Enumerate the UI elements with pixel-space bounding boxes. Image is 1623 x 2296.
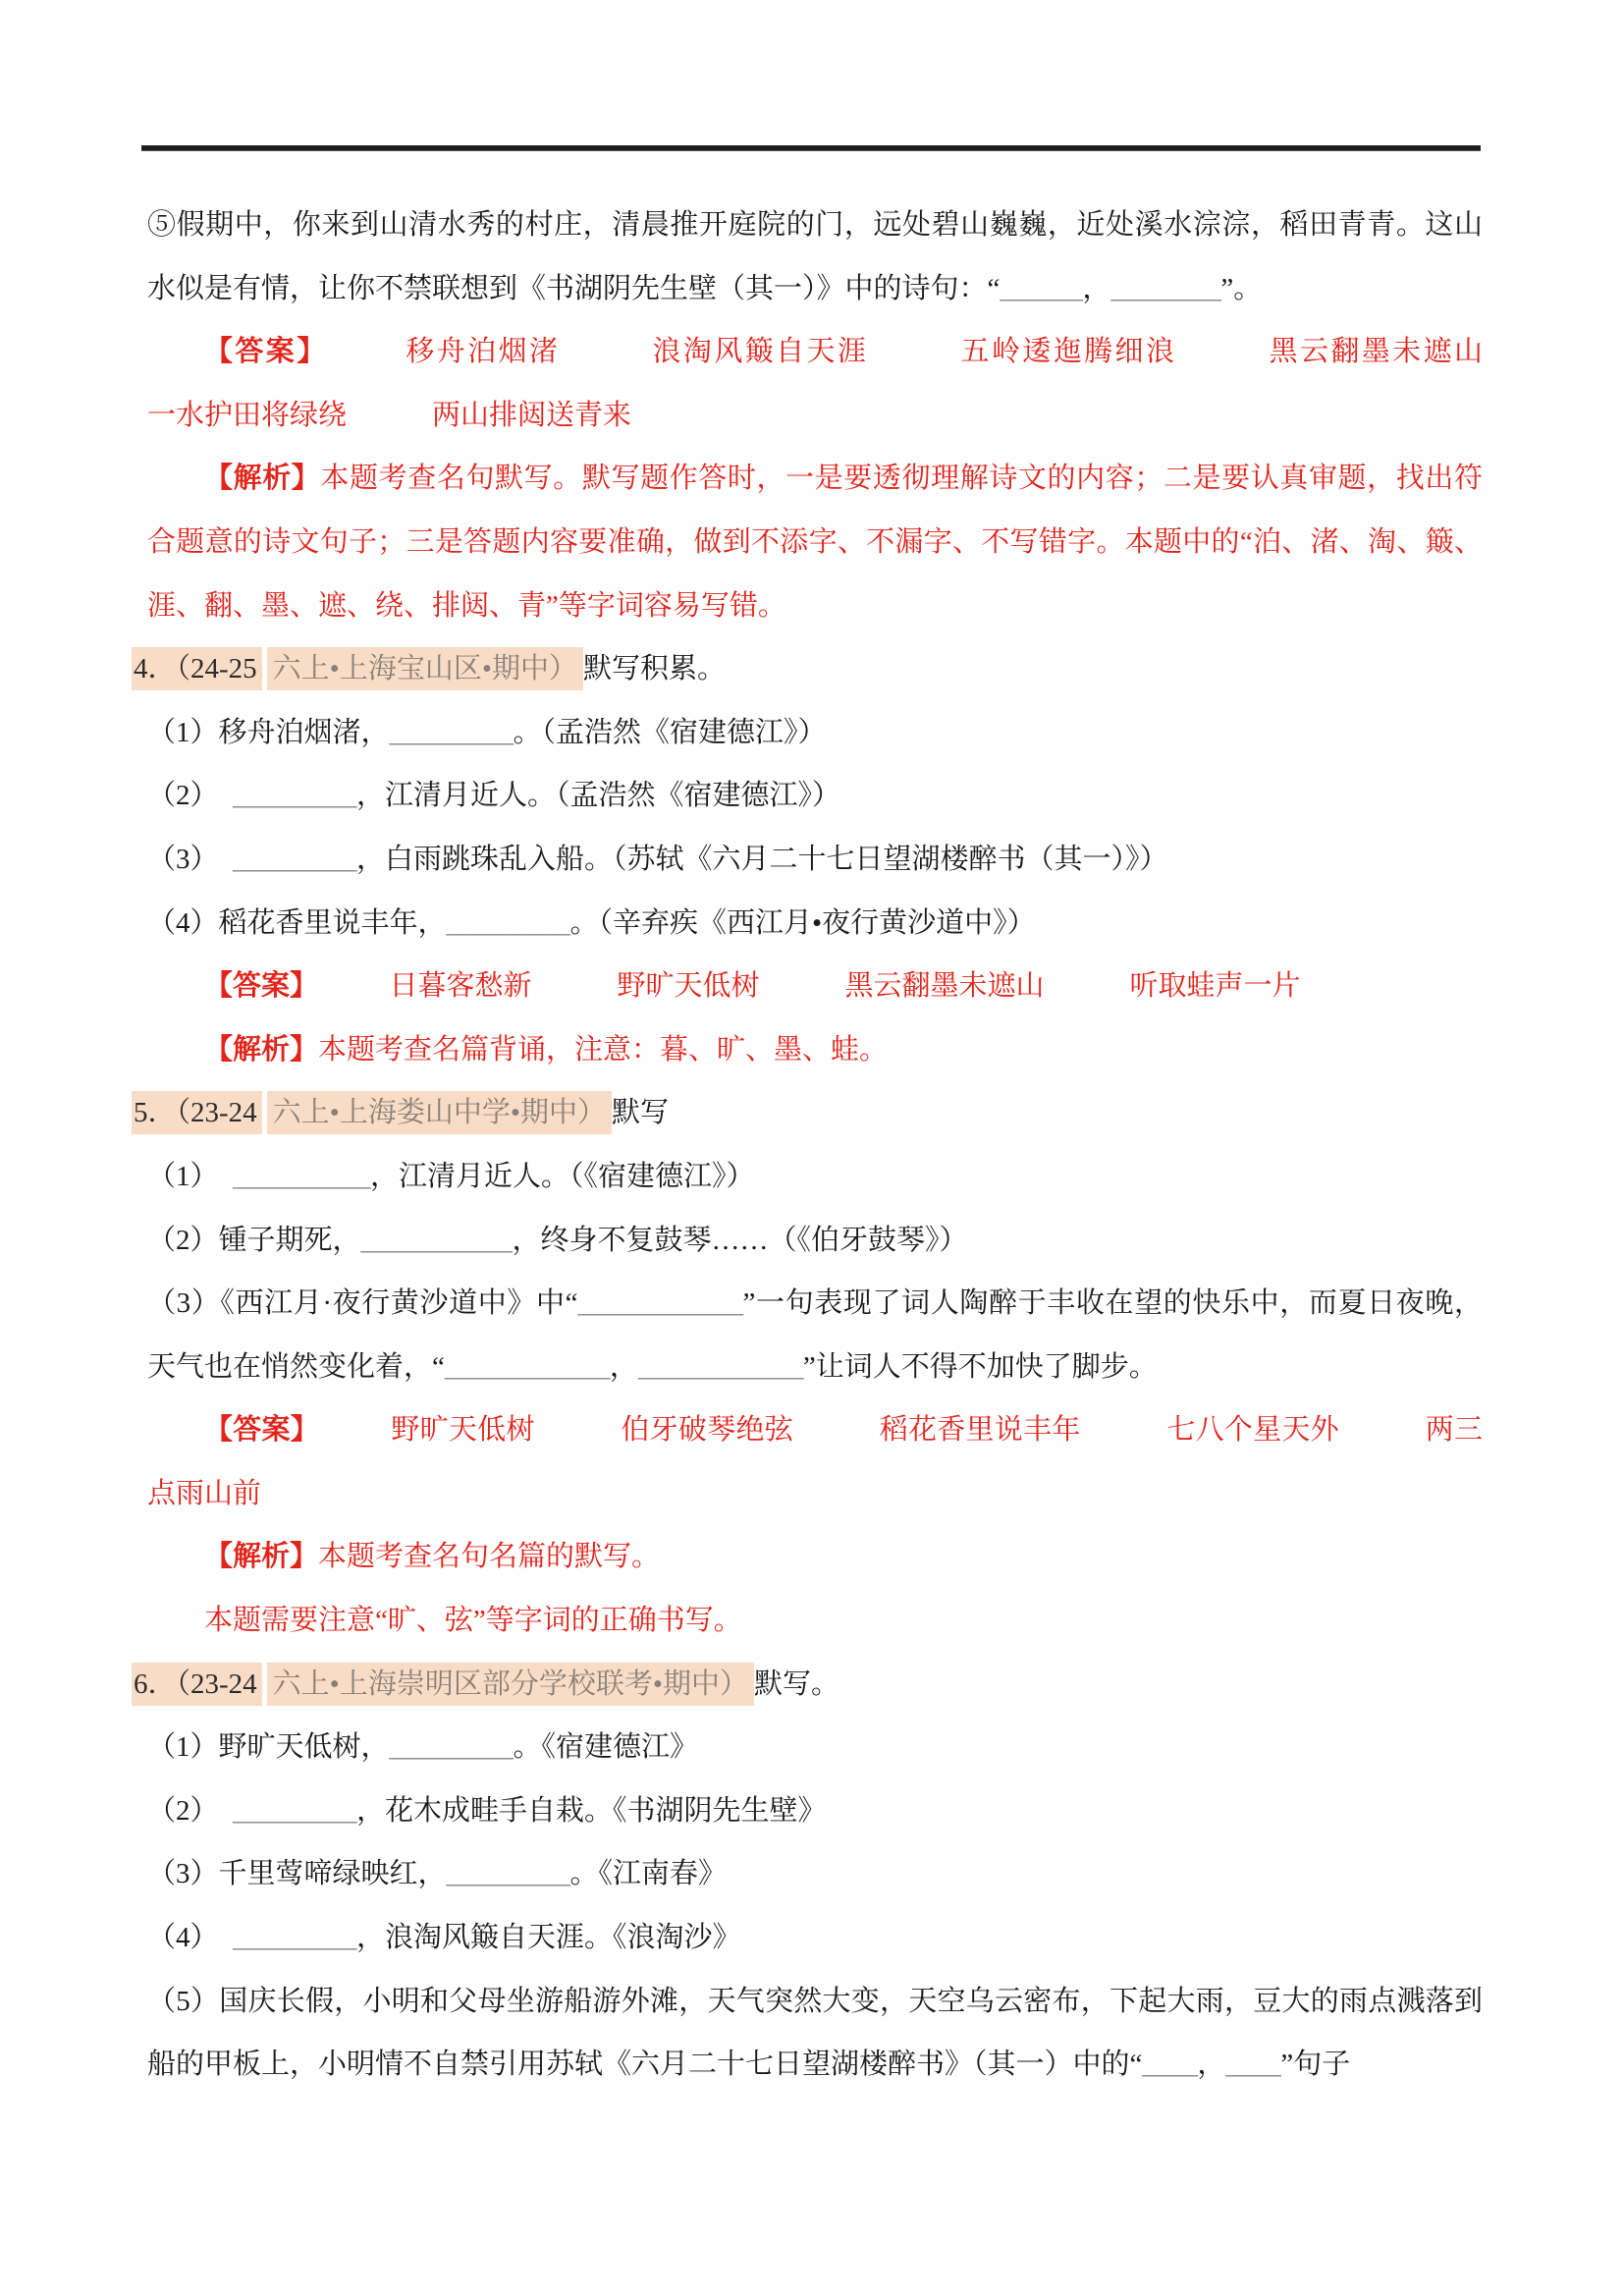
question-5-item-1: （1） __________，江清月近人。（《宿建德江》） (147, 1145, 1483, 1209)
answer-label: 【答案】 (204, 970, 304, 1002)
fill-blank-line: _________ (390, 717, 514, 748)
fill-blank-line: ________ (1110, 273, 1220, 304)
document-page: ⑤假期中，你来到山清水秀的村庄，清晨推开庭院的门，远处碧山巍巍，近处溪水淙淙，稻… (0, 0, 1623, 2296)
text-segment-black: （3）《西江月·夜行黄沙道中》中“____________”一句表现了词人陶醉于… (147, 1287, 1483, 1383)
fill-blank-line: ____________ (578, 1287, 743, 1319)
fill-blank-line: _________ (233, 780, 356, 811)
question-5-item-2: （2）锺子期死，___________，终身不复鼓琴……（《伯牙鼓琴》） (147, 1209, 1483, 1273)
text-segment-red: 日暮客愁新 野旷天低树 黑云翻墨未遮山 听取蛙声一片 (304, 970, 1301, 1002)
fill-blank-line: _________ (233, 1795, 356, 1827)
question-3-analysis: 【解析】本题考查名句默写。默写题作答时，一是要透彻理解诗文的内容；二是要认真审题… (147, 447, 1483, 637)
document-content: ⑤假期中，你来到山清水秀的村庄，清晨推开庭院的门，远处碧山巍巍，近处溪水淙淙，稻… (147, 193, 1483, 2097)
analysis-label: 【解析】 (204, 1541, 318, 1572)
question-source-highlight: 六上•上海崇明区部分学校联考•期中） (267, 1663, 754, 1706)
text-segment-black: （1）移舟泊烟渚，_________。（孟浩然《宿建德江》） (147, 717, 827, 748)
question-4-item-2: （2） _________，江清月近人。（孟浩然《宿建德江》） (147, 764, 1483, 828)
text-segment-red: 本题考查名篇背诵，注意：暮、旷、墨、蛙。 (318, 1034, 888, 1066)
question-5-item-3: （3）《西江月·夜行黄沙道中》中“____________”一句表现了词人陶醉于… (147, 1272, 1483, 1398)
question-4-header: 4．（24-25六上•上海宝山区•期中）默写积累。 (132, 637, 1483, 701)
question-4-item-3: （3） _________，白雨跳珠乱入船。（苏轼《六月二十七日望湖楼醉书（其一… (147, 828, 1483, 892)
fill-blank-line: ____ (1142, 2049, 1197, 2080)
text-segment-red: 本题考查名句名篇的默写。 (318, 1541, 660, 1572)
question-5-answer: 【答案】 野旷天低树 伯牙破琴绝弦 稻花香里说丰年 七八个星天外 两三点雨山前 (147, 1398, 1483, 1525)
question-title: 默写积累。 (583, 653, 726, 684)
fill-blank-line: ______ (1000, 273, 1082, 304)
fill-blank-line: ___________ (361, 1225, 513, 1256)
text-segment-black: （1）野旷天低树，_________。《宿建德江》 (147, 1731, 698, 1763)
text-segment-red: 野旷天低树 伯牙破琴绝弦 稻花香里说丰年 七八个星天外 两三点雨山前 (147, 1414, 1483, 1509)
question-3-answer: 【答案】 移舟泊烟渚 浪淘风簸自天涯 五岭逶迤腾细浪 黑云翻墨未遮山 一水护田将… (147, 320, 1483, 447)
text-segment-black: （5）国庆长假，小明和父母坐游船游外滩，天气突然大变，天空乌云密布，下起大雨，豆… (147, 1986, 1483, 2081)
fill-blank-line: ____________ (638, 1351, 803, 1383)
text-segment-red: 移舟泊烟渚 浪淘风簸自天涯 五岭逶迤腾细浪 黑云翻墨未遮山 一水护田将绿绕 两山… (147, 336, 1568, 431)
text-segment-black: （2） _________，江清月近人。（孟浩然《宿建德江》） (147, 780, 840, 811)
question-6-item-5: （5）国庆长假，小明和父母坐游船游外滩，天气突然大变，天空乌云密布，下起大雨，豆… (147, 1970, 1483, 2097)
fill-blank-line: _________ (447, 907, 570, 939)
text-segment-black: （3） _________，白雨跳珠乱入船。（苏轼《六月二十七日望湖楼醉书（其一… (147, 844, 1168, 875)
question-6-item-1: （1）野旷天低树，_________。《宿建德江》 (147, 1716, 1483, 1779)
text-segment-black: （3）千里莺啼绿映红，_________。《江南春》 (147, 1858, 727, 1889)
text-segment-black: （2） _________，花木成畦手自栽。《书湖阴先生壁》 (147, 1795, 827, 1827)
question-title: 默写。 (754, 1668, 839, 1700)
text-segment-black: （1） __________，江清月近人。（《宿建德江》） (147, 1161, 755, 1192)
question-number-highlight: 6．（23-24 (132, 1663, 262, 1706)
question-4-analysis: 【解析】本题考查名篇背诵，注意：暮、旷、墨、蛙。 (147, 1018, 1483, 1082)
analysis-label: 【解析】 (204, 463, 320, 494)
question-number-highlight: 4．（24-25 (132, 647, 262, 690)
question-number-highlight: 5．（23-24 (132, 1091, 262, 1134)
question-5-analysis-note: 本题需要注意“旷、弦”等字词的正确书写。 (147, 1589, 1483, 1653)
fill-blank-line: ____________ (445, 1351, 610, 1383)
question-6-header: 6．（23-24六上•上海崇明区部分学校联考•期中）默写。 (132, 1653, 1483, 1717)
text-segment-black: （4）稻花香里说丰年，_________。（辛弃疾《西江月•夜行黄沙道中》） (147, 907, 1036, 939)
text-segment-black: ⑤假期中，你来到山清水秀的村庄，清晨推开庭院的门，远处碧山巍巍，近处溪水淙淙，稻… (147, 209, 1483, 304)
question-4-answer: 【答案】 日暮客愁新 野旷天低树 黑云翻墨未遮山 听取蛙声一片 (147, 955, 1483, 1018)
fill-blank-line: _________ (233, 844, 356, 875)
text-segment-red: 本题需要注意“旷、弦”等字词的正确书写。 (204, 1605, 742, 1636)
fill-blank-line: _________ (390, 1731, 514, 1763)
header-divider (141, 145, 1481, 151)
question-title: 默写 (612, 1097, 669, 1128)
text-segment-red: 本题考查名句默写。默写题作答时，一是要透彻理解诗文的内容；二是要认真审题，找出符… (147, 463, 1483, 621)
question-5-analysis: 【解析】本题考查名句名篇的默写。 (147, 1525, 1483, 1589)
question-source-highlight: 六上•上海宝山区•期中） (267, 647, 583, 690)
question-4-item-1: （1）移舟泊烟渚，_________。（孟浩然《宿建德江》） (147, 701, 1483, 765)
answer-label: 【答案】 (204, 336, 313, 367)
question-5-header: 5．（23-24六上•上海娄山中学•期中）默写 (132, 1081, 1483, 1145)
analysis-label: 【解析】 (204, 1034, 318, 1066)
text-segment-black: （4） _________，浪淘风簸自天涯。《浪淘沙》 (147, 1922, 741, 1953)
answer-label: 【答案】 (204, 1414, 305, 1446)
fill-blank-line: _________ (233, 1922, 356, 1953)
text-segment-black: （2）锺子期死，___________，终身不复鼓琴……（《伯牙鼓琴》） (147, 1225, 968, 1256)
question-3-sub5-context: ⑤假期中，你来到山清水秀的村庄，清晨推开庭院的门，远处碧山巍巍，近处溪水淙淙，稻… (147, 193, 1483, 320)
fill-blank-line: ____ (1225, 2049, 1280, 2080)
fill-blank-line: _________ (447, 1858, 570, 1889)
question-source-highlight: 六上•上海娄山中学•期中） (267, 1091, 612, 1134)
question-6-item-4: （4） _________，浪淘风簸自天涯。《浪淘沙》 (147, 1906, 1483, 1970)
question-6-item-2: （2） _________，花木成畦手自栽。《书湖阴先生壁》 (147, 1779, 1483, 1843)
question-6-item-3: （3）千里莺啼绿映红，_________。《江南春》 (147, 1842, 1483, 1906)
question-4-item-4: （4）稻花香里说丰年，_________。（辛弃疾《西江月•夜行黄沙道中》） (147, 892, 1483, 956)
fill-blank-line: __________ (233, 1161, 370, 1192)
